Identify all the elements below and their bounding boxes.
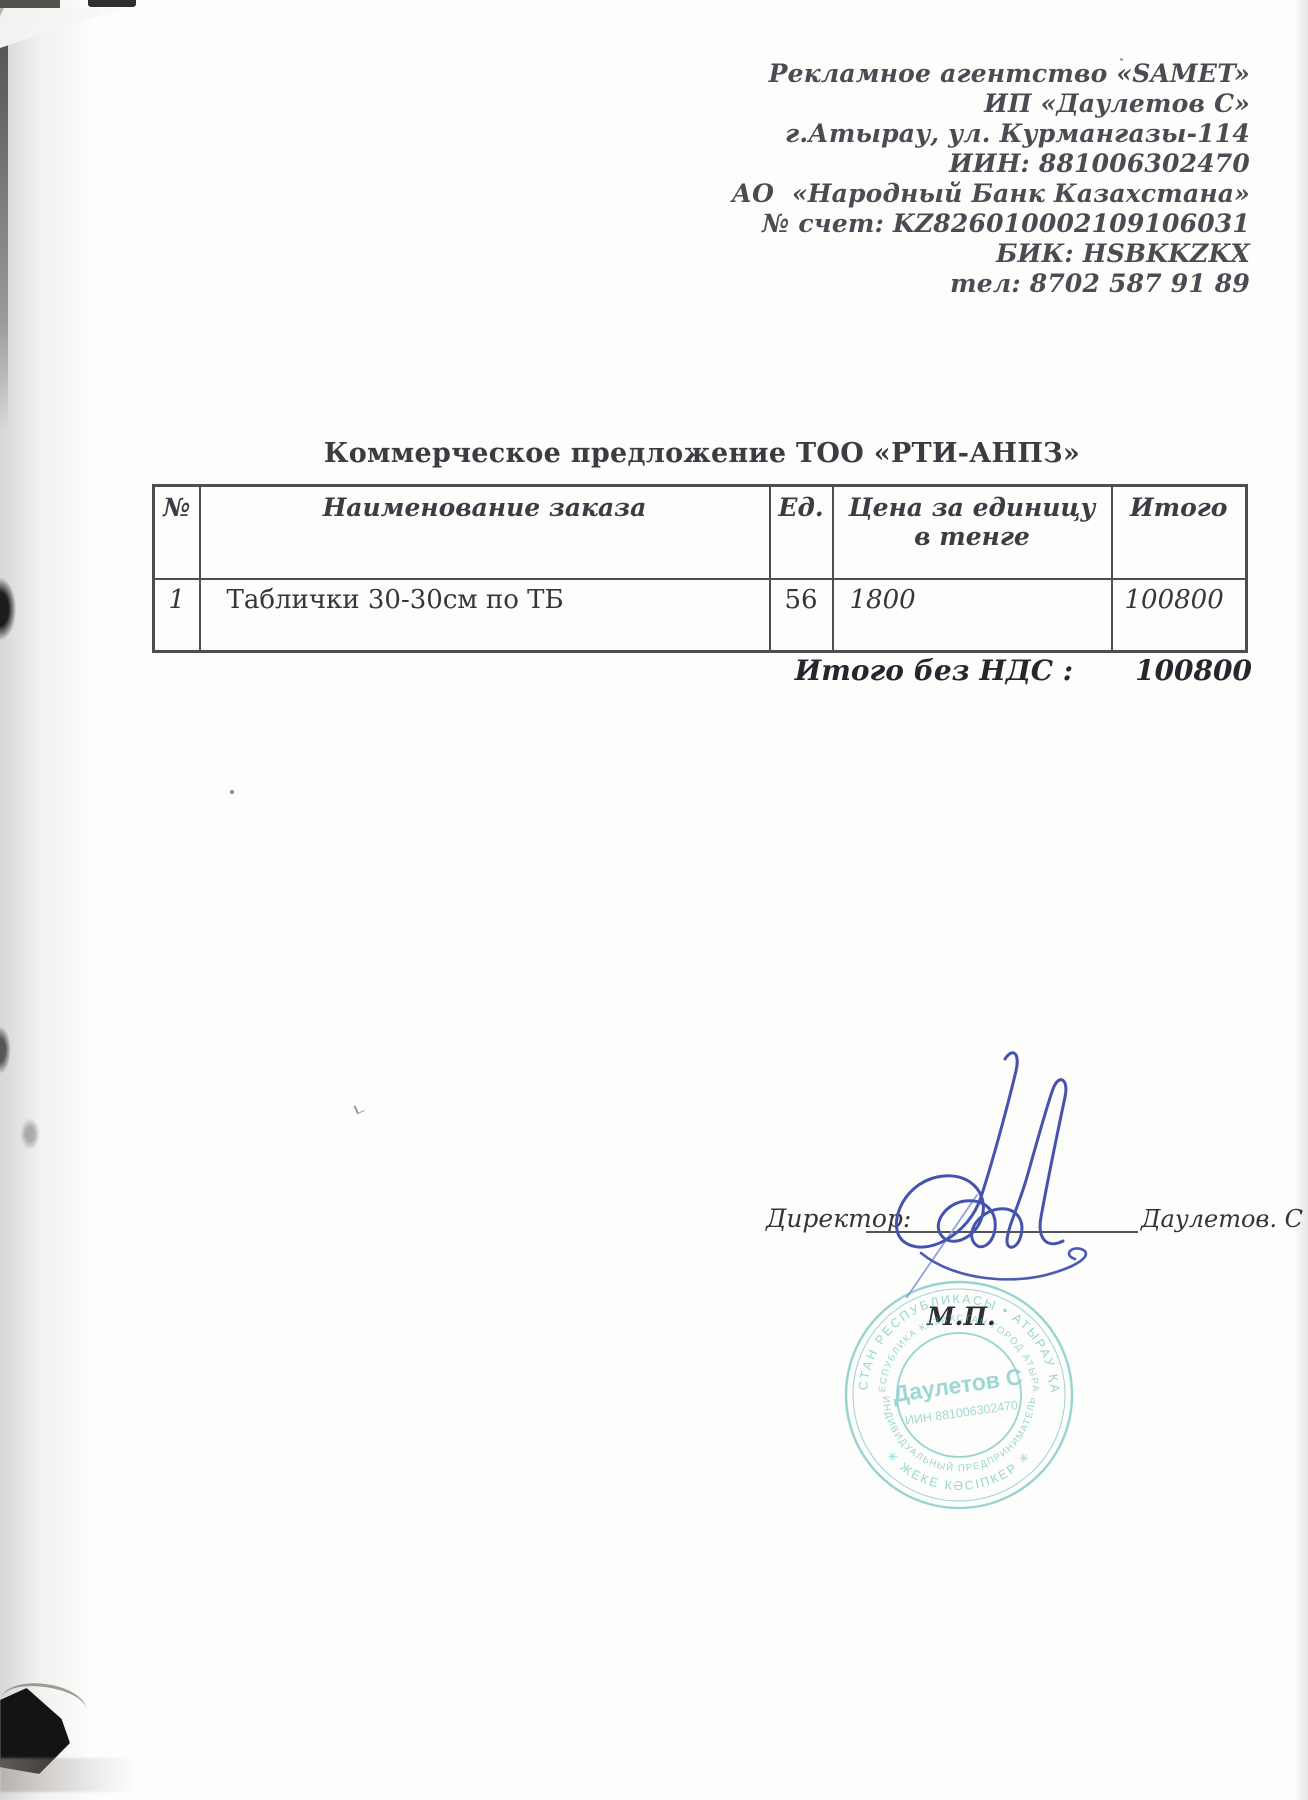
scanned-document: Рекламное агентство «SAMET» ИП «Даулетов… <box>0 0 1308 1800</box>
cell-row-number: 1 <box>154 579 200 652</box>
company-name-line: Рекламное агентство «SAMET» <box>732 59 1250 89</box>
company-iin-line: ИИН: 881006302470 <box>732 149 1250 179</box>
cell-unit-price: 1800 <box>833 579 1112 652</box>
table-header-row: № Наименование заказа Ед. Цена за единиц… <box>154 486 1247 580</box>
cell-quantity: 56 <box>770 579 833 652</box>
company-phone-line: тел: 8702 587 91 89 <box>732 269 1250 299</box>
scan-artifact-right-band <box>1294 0 1308 1800</box>
company-address-line: г.Атырау, ул. Курмангазы-114 <box>732 119 1250 149</box>
document-title: Коммерческое предложение ТОО «РТИ-АНПЗ» <box>96 438 1308 469</box>
scan-artifact-blob <box>0 578 16 640</box>
company-bank-line: АО «Народный Банк Казахстана» <box>732 179 1250 209</box>
col-header-order-name: Наименование заказа <box>200 486 770 580</box>
col-header-number: № <box>154 486 200 580</box>
scan-artifact-blob <box>20 1118 40 1150</box>
scan-artifact-top-dash <box>88 0 136 7</box>
company-account-line: № счет: KZ826010002109106031 <box>732 209 1250 239</box>
scan-artifact-speck <box>230 790 234 794</box>
cell-total: 100800 <box>1112 579 1247 652</box>
summary-line: Итого без НДС : 100800 <box>795 654 1252 687</box>
handwritten-signature <box>885 1045 1120 1305</box>
table-row: 1 Таблички 30-30см по ТБ 56 1800 100800 <box>154 579 1247 652</box>
company-owner-line: ИП «Даулетов С» <box>732 89 1250 119</box>
offer-table: № Наименование заказа Ед. Цена за единиц… <box>152 484 1248 653</box>
scan-artifact-left-band <box>0 0 92 1800</box>
cell-order-name: Таблички 30-30см по ТБ <box>200 579 770 652</box>
col-header-units: Ед. <box>770 486 833 580</box>
scan-artifact-smudge <box>0 1758 160 1792</box>
company-stamp: ҚАЗАҚСТАН РЕСПУБЛИКАСЫ • АТЫРАУ ҚАЛАСЫ ✳… <box>841 1277 1077 1513</box>
scan-artifact-corner-fold <box>0 8 122 48</box>
company-bik-line: БИК: HSBKKZKX <box>732 239 1250 269</box>
summary-label: Итого без НДС : <box>795 654 1073 687</box>
director-name: Даулетов. С <box>1141 1205 1303 1233</box>
scan-artifact-blob <box>0 1026 11 1074</box>
col-header-total: Итого <box>1112 486 1247 580</box>
company-header: Рекламное агентство «SAMET» ИП «Даулетов… <box>732 59 1250 299</box>
scan-artifact-edge-strip <box>0 0 8 430</box>
summary-value: 100800 <box>1135 654 1252 687</box>
scan-artifact-speck <box>353 1103 364 1115</box>
col-header-unit-price: Цена за единицу в тенге <box>833 486 1112 580</box>
